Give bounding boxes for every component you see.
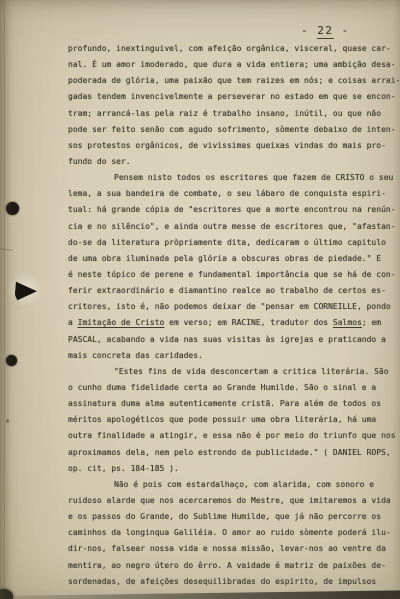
text-segment: critores, isto é, não podemos deixar de … — [68, 302, 391, 311]
bottom-left-ink-blob — [0, 589, 13, 599]
text-segment: do-se da literatura pròpriamente dita, d… — [68, 238, 386, 247]
text-segment: PASCAL, acabando a vida nas suas visitas… — [68, 335, 386, 344]
text-segment: aproximamos dela, nem pelo estrondo da p… — [68, 448, 391, 457]
text-line: tual: há grande cópia de "escritores que… — [68, 202, 398, 218]
text-line: pode ser feito senão com agudo sofriment… — [68, 122, 398, 138]
text-segment: nal. É um amor imoderado, que dura a vid… — [68, 60, 396, 69]
text-line: do-se da literatura pròpriamente dita, d… — [68, 235, 398, 251]
text-line: méritos apologéticos que pode possuir um… — [68, 412, 398, 428]
text-line: ferir extraordinário e diamantino realce… — [68, 283, 398, 299]
text-line: op. cit, ps. 184-185 ). — [68, 461, 398, 477]
underlined-text-segment: Salmos — [333, 318, 362, 327]
text-segment: sos protestos orgânicos, de vivissimas q… — [68, 141, 386, 150]
text-line: caminhos da longinqua Galiléia. O amor a… — [68, 525, 398, 541]
text-segment: ruidoso alarde que nos acercaremos do Me… — [68, 496, 391, 505]
text-line: gadas tendem invencivelmente a persevera… — [68, 89, 398, 105]
text-line: a Imitação de Cristo em verso; em RACINE… — [68, 315, 398, 331]
text-segment: mentira, ao negro útero do êrro. A vaida… — [68, 561, 386, 570]
text-line: fundo do ser. — [68, 154, 398, 170]
page-number-suffix: - — [334, 24, 350, 37]
text-segment: Não é pois com estardalhaço, com alarida… — [114, 480, 374, 489]
text-line: o cunho duma fidelidade certa ao Grande … — [68, 380, 398, 396]
text-line: mais concreta das caridades. — [68, 348, 398, 364]
text-segment: fundo do ser. — [68, 157, 131, 166]
page-number: - 22 - — [301, 24, 350, 37]
text-segment: ; em — [362, 318, 381, 327]
underlined-text-segment: Imitação de Cristo — [78, 318, 165, 327]
text-line: aproximamos dela, nem pelo estrondo da p… — [68, 445, 398, 461]
ink-speck — [6, 419, 9, 423]
paper-scratch-mark — [0, 248, 13, 251]
text-line: sos protestos orgânicos, de vivissimas q… — [68, 138, 398, 154]
text-segment: é neste tópico de perene e fundamental i… — [68, 270, 396, 279]
text-line: poderada de glória, uma paixão que tem r… — [68, 73, 398, 89]
text-segment: mais concreta das caridades. — [68, 351, 203, 360]
scanned-page: - 22 - profundo, inextinguivel, com afei… — [0, 0, 400, 599]
text-segment: outra finalidade a atingir, e essa não é… — [68, 431, 396, 440]
text-line: "Estes fins de vida desconcertam a criti… — [68, 364, 398, 380]
text-line: e os passos do Grande, do Sublime Humild… — [68, 509, 398, 525]
text-line: critores, isto é, não podemos deixar de … — [68, 299, 398, 315]
text-line: tram; arrancá-las pela raiz é trabalho i… — [68, 106, 398, 122]
text-line: Não é pois com estardalhaço, com alarida… — [68, 477, 398, 493]
text-segment: a — [68, 318, 78, 327]
text-segment: gadas tendem invencivelmente a persevera… — [68, 92, 396, 101]
text-line: mentira, ao negro útero do êrro. A vaida… — [68, 558, 398, 574]
text-segment: de uma obra iluminada pela glória a obsc… — [68, 254, 381, 263]
text-line: Pensem nisto todos os escritores que faz… — [68, 170, 398, 186]
text-segment: cia e no silêncio", e ainda outra messe … — [68, 222, 396, 231]
text-segment: caminhos da longinqua Galiléia. O amor a… — [68, 528, 391, 537]
text-segment: lema, a sua bandeira de combate, o seu l… — [68, 189, 386, 198]
text-segment: tual: há grande cópia de "escritores que… — [68, 205, 396, 214]
text-line: PASCAL, acabando a vida nas suas visitas… — [68, 332, 398, 348]
text-line: cia e no silêncio", e ainda outra messe … — [68, 219, 398, 235]
text-line: de uma obra iluminada pela glória a obsc… — [68, 251, 398, 267]
text-segment: op. cit, ps. 184-185 ). — [68, 464, 179, 473]
text-segment: Pensem nisto todos os escritores que faz… — [114, 173, 393, 182]
text-segment: pode ser feito senão com agudo sofriment… — [68, 125, 396, 134]
text-segment: sordenadas, de afeições desequilibradas … — [68, 577, 376, 586]
paper-left-crease — [4, 0, 5, 591]
text-segment: poderada de glória, uma paixão que tem r… — [68, 76, 400, 85]
text-segment: em verso; em RACINE, tradutor dos — [164, 318, 333, 327]
text-segment: profundo, inextinguivel, com afeição org… — [68, 44, 391, 53]
text-segment: méritos apologéticos que pode possuir um… — [68, 415, 376, 424]
text-line: é neste tópico de perene e fundamental i… — [68, 267, 398, 283]
hole-punch-mark-bottom — [6, 355, 17, 366]
text-segment: dir-nos, falsear nossa vida e nossa miss… — [68, 544, 386, 553]
text-line: sordenadas, de afeições desequilibradas … — [68, 574, 398, 590]
typewritten-text: profundo, inextinguivel, com afeição org… — [68, 41, 398, 590]
text-line: assinatura duma alma autenticamente cris… — [68, 396, 398, 412]
page-number-value: 22 — [317, 24, 333, 39]
page-number-prefix: - — [301, 24, 317, 37]
text-line: outra finalidade a atingir, e essa não é… — [68, 428, 398, 444]
text-line: ruidoso alarde que nos acercaremos do Me… — [68, 493, 398, 509]
text-line: profundo, inextinguivel, com afeição org… — [68, 41, 398, 57]
text-segment: assinatura duma alma autenticamente cris… — [68, 399, 381, 408]
text-segment: ferir extraordinário e diamantino realce… — [68, 286, 386, 295]
hole-punch-mark-top — [6, 202, 19, 215]
text-segment: e os passos do Grande, do Sublime Humild… — [68, 512, 381, 521]
text-line: dir-nos, falsear nossa vida e nossa miss… — [68, 541, 398, 557]
text-segment: o cunho duma fidelidade certa ao Grande … — [68, 383, 376, 392]
text-line: nal. É um amor imoderado, que dura a vid… — [68, 57, 398, 73]
text-segment: tram; arrancá-las pela raiz é trabalho i… — [68, 109, 381, 118]
text-segment: "Estes fins de vida desconcertam a criti… — [114, 367, 389, 376]
text-line: lema, a sua bandeira de combate, o seu l… — [68, 186, 398, 202]
